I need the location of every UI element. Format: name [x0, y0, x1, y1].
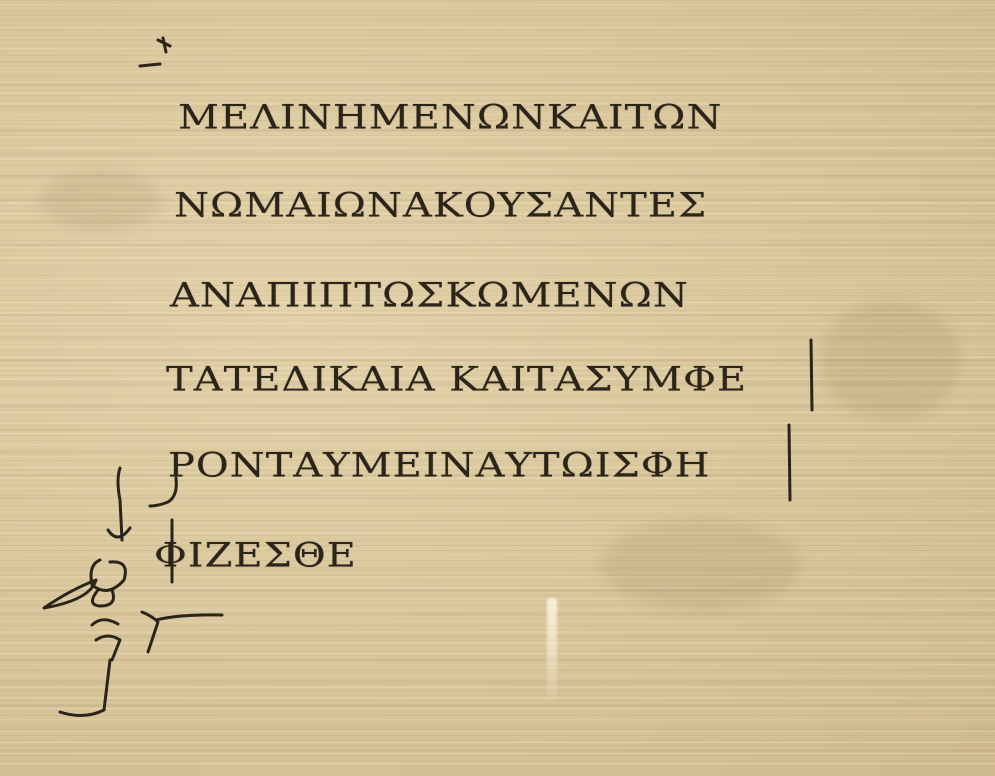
text-line-2: ΝΩΜΑΙΩΝΑΚΟΥΣΑΝΤΕΣ	[174, 186, 707, 225]
text-line-4: ΤΑΤΕΔΙΚΑΙΑ ΚΑΙΤΑΣΥΜΦΕ	[166, 360, 747, 399]
text-line-3: ΑΝΑΠΙΠΤΩΣΚΩΜΕΝΩΝ	[170, 276, 689, 315]
text-line-6: ΦΙΖΕΣΘΕ	[154, 536, 357, 575]
papyrus-stain	[600, 520, 800, 610]
text-line-5: ΡΟΝΤΑΥΜΕΙΝΑΥΤΩΙΣΦΗ	[168, 446, 711, 485]
papyrus-tear	[547, 598, 557, 706]
text-line-1: ΜΕΛΙΝΗΜΕΝΩΝΚΑΙΤΩΝ	[178, 98, 722, 137]
papyrus-stain	[820, 300, 960, 420]
papyrus-stain	[40, 170, 160, 230]
